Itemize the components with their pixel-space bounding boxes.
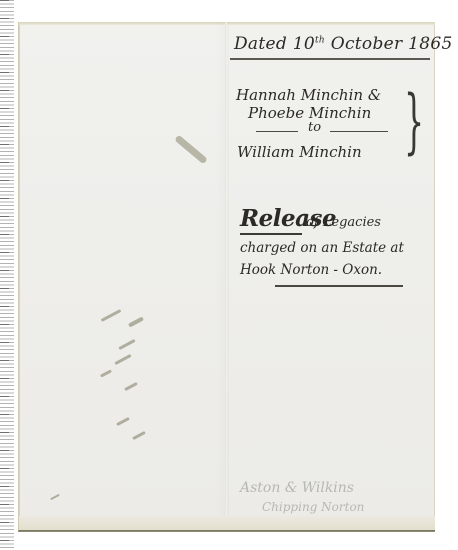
pencil-note-line-1: Aston & Wilkins bbox=[240, 480, 354, 496]
fold-line bbox=[225, 22, 227, 530]
pencil-note-line-2: Chipping Norton bbox=[262, 500, 364, 514]
heading-underline bbox=[240, 233, 302, 235]
date-year: 1865 bbox=[408, 34, 452, 54]
title-rule bbox=[275, 285, 403, 287]
date-month: October bbox=[331, 34, 403, 54]
connector-rule-left bbox=[256, 131, 298, 132]
dated-label: Dated bbox=[234, 34, 287, 54]
date-day: 10 bbox=[293, 34, 315, 54]
date-day-suffix: th bbox=[315, 35, 325, 45]
party-line-3: William Minchin bbox=[237, 143, 362, 161]
connector-rule-right bbox=[330, 131, 388, 132]
docket-rule bbox=[230, 58, 430, 60]
deed-title-line-1: of Legacies bbox=[306, 215, 381, 230]
brace-icon: } bbox=[404, 86, 424, 156]
deed-title-line-2: charged on an Estate at bbox=[240, 240, 404, 256]
docket-date: Dated 10th October 1865 bbox=[234, 34, 453, 54]
party-line-1: Hannah Minchin & bbox=[236, 86, 381, 104]
deed-title-line-3: Hook Norton - Oxon. bbox=[240, 262, 382, 278]
scale-ruler-major-ticks bbox=[0, 0, 9, 550]
party-connector: to bbox=[308, 120, 321, 135]
